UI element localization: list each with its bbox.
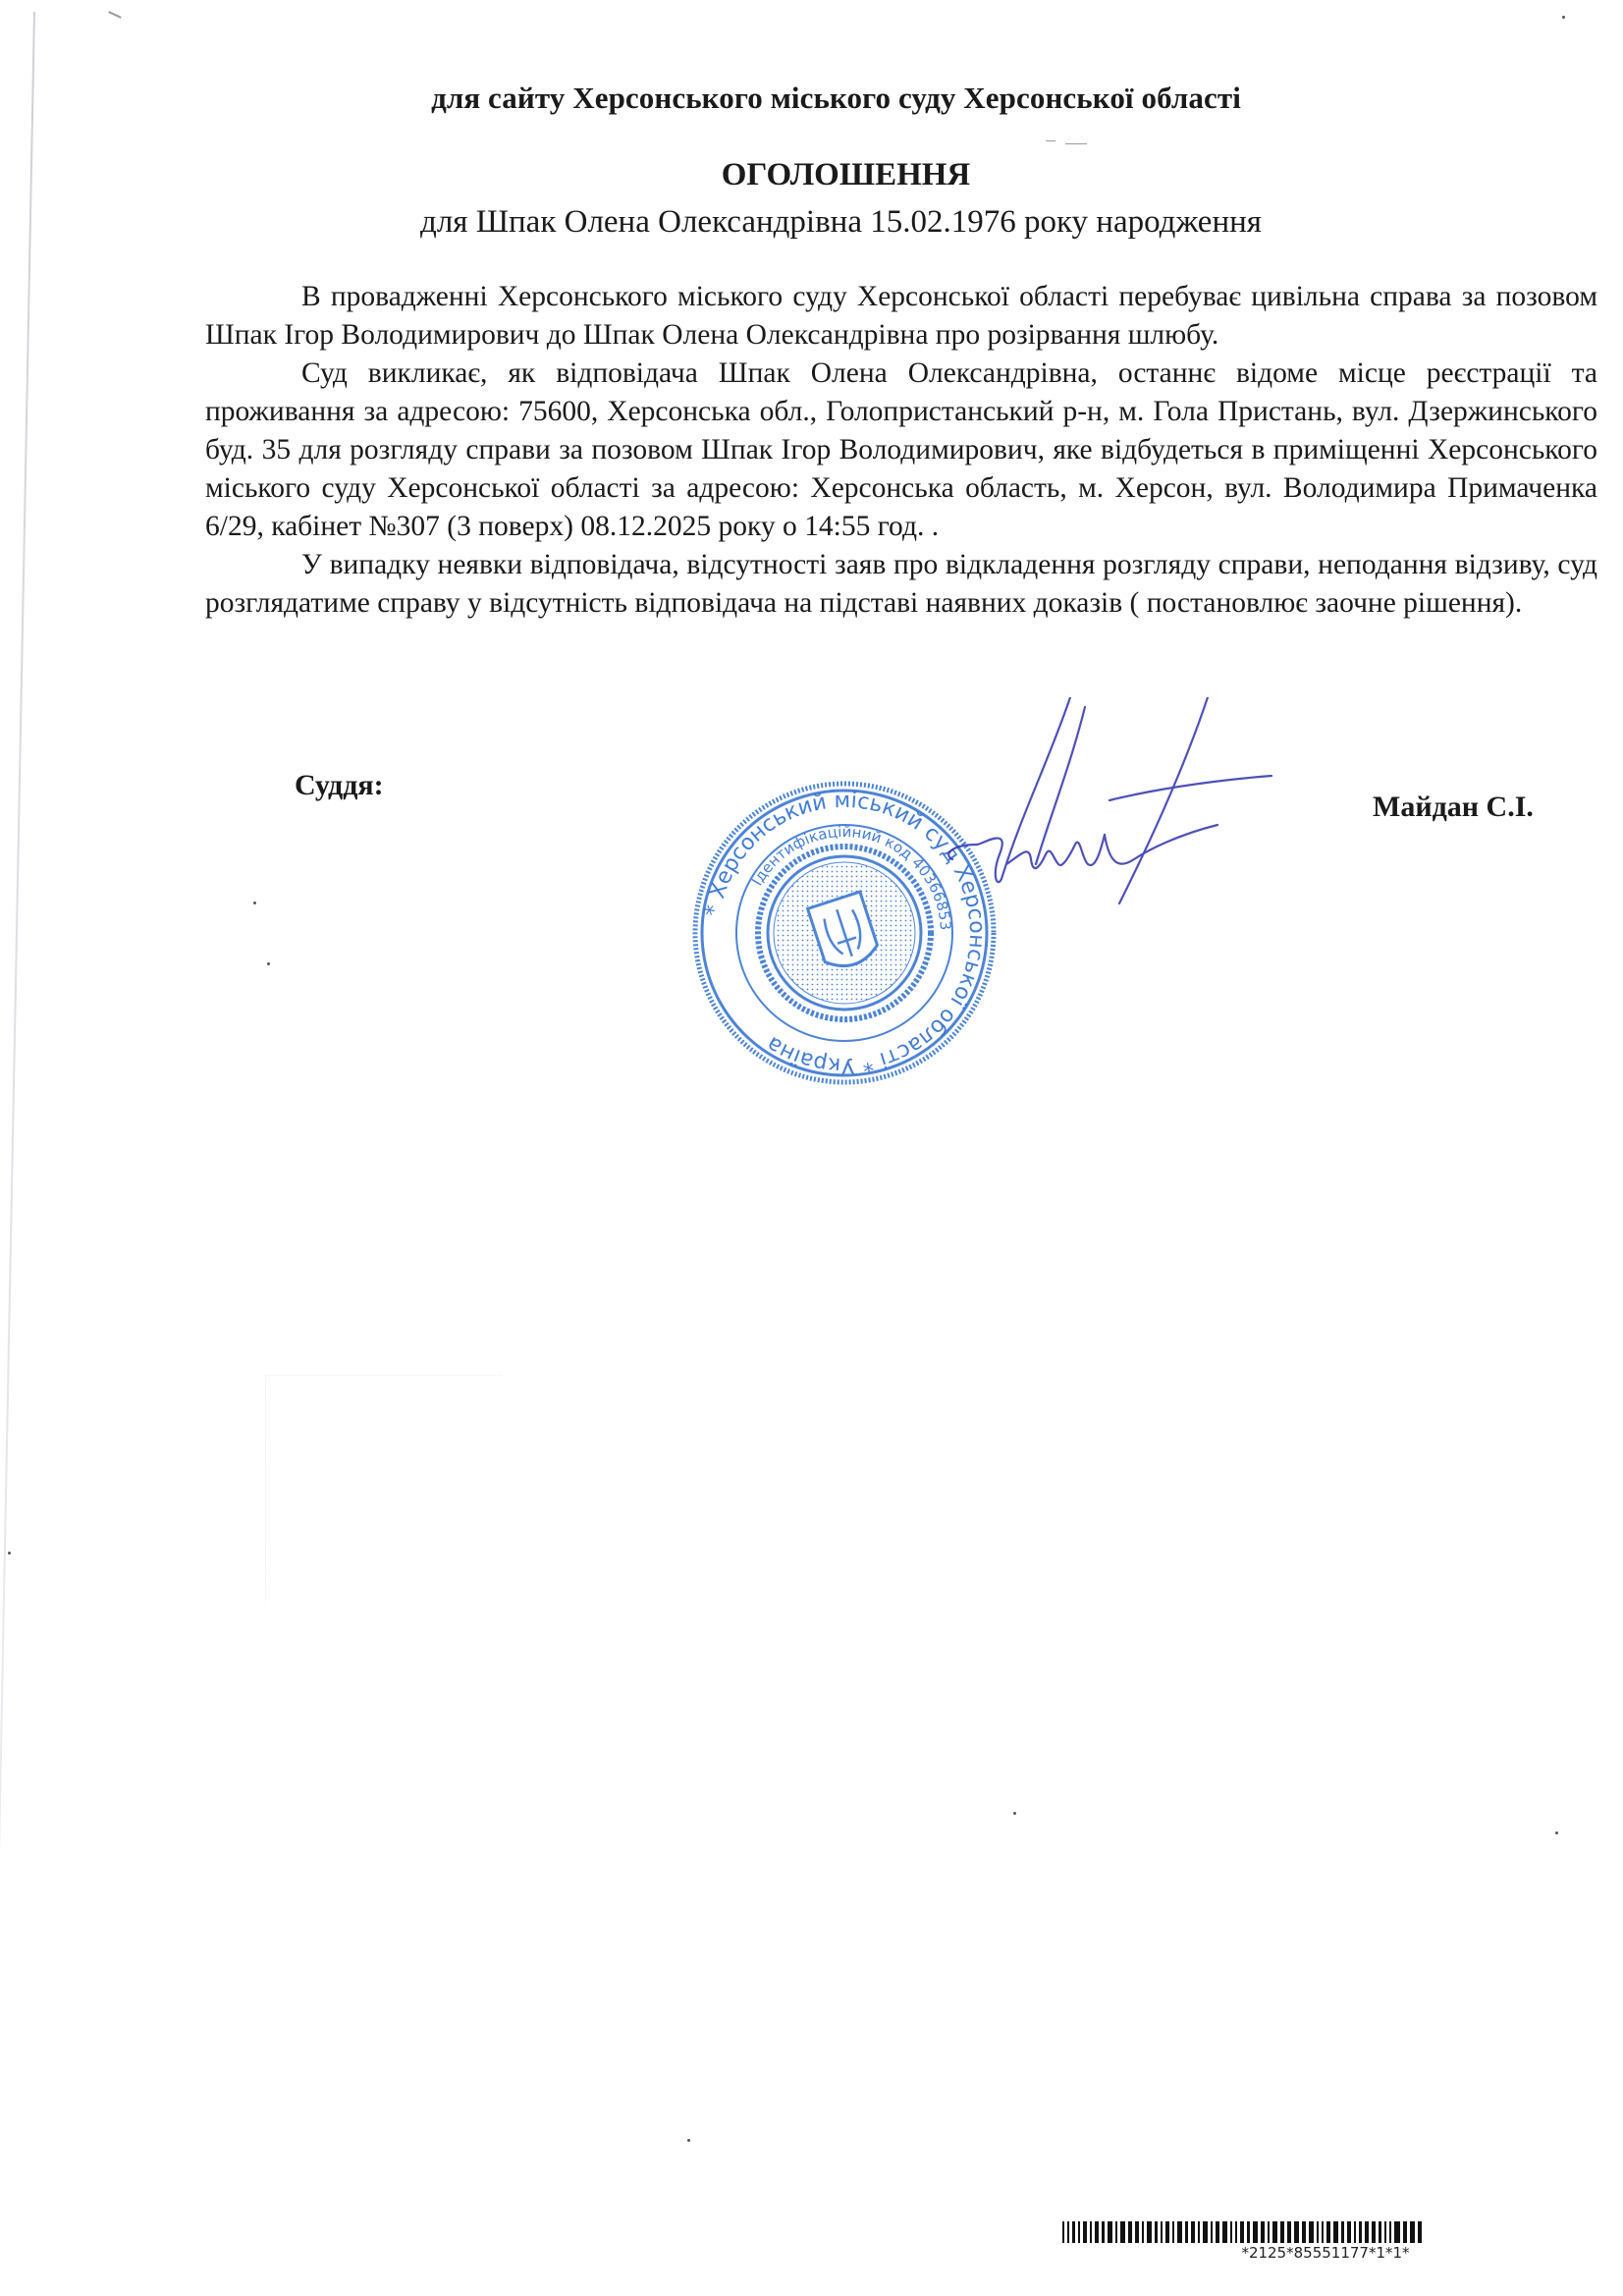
- barcode-number: *2125*85551177*1*1*: [1062, 2244, 1569, 2262]
- faint-scan-artifact: [265, 1375, 502, 1602]
- judge-name: Майдан С.І.: [1373, 791, 1534, 824]
- scan-mark: [1065, 143, 1087, 144]
- scan-dot: [8, 1552, 11, 1555]
- judge-label: Суддя:: [295, 769, 384, 802]
- scan-dot: [253, 902, 256, 904]
- document-subtitle: для Шпак Олена Олександрівна 15.02.1976 …: [0, 204, 1623, 241]
- document-title: ОГОЛОШЕННЯ: [0, 157, 1623, 193]
- paragraph-case-info: В провадженні Херсонського міського суду…: [205, 278, 1597, 355]
- barcode-bars: [1062, 2221, 1569, 2243]
- document-body: В провадженні Херсонського міського суду…: [205, 278, 1597, 623]
- document-header: для сайту Херсонського міського суду Хер…: [0, 81, 1623, 116]
- scan-dot: [1555, 1831, 1558, 1834]
- document-barcode: *2125*85551177*1*1*: [1062, 2221, 1569, 2262]
- scan-dot: [1562, 16, 1565, 19]
- paragraph-summons: Суд викликає, як відповідача Шпак Олена …: [205, 355, 1597, 546]
- scan-dot: [1013, 1812, 1016, 1815]
- scan-dot: [267, 962, 270, 965]
- scan-mark: [1046, 140, 1055, 141]
- paragraph-default-judgment: У випадку неявки відповідача, відсутност…: [205, 546, 1597, 623]
- scanned-page-edge: [0, 12, 35, 2290]
- scan-mark: [108, 11, 122, 19]
- judge-signature: [923, 697, 1276, 933]
- scan-dot: [687, 2139, 690, 2142]
